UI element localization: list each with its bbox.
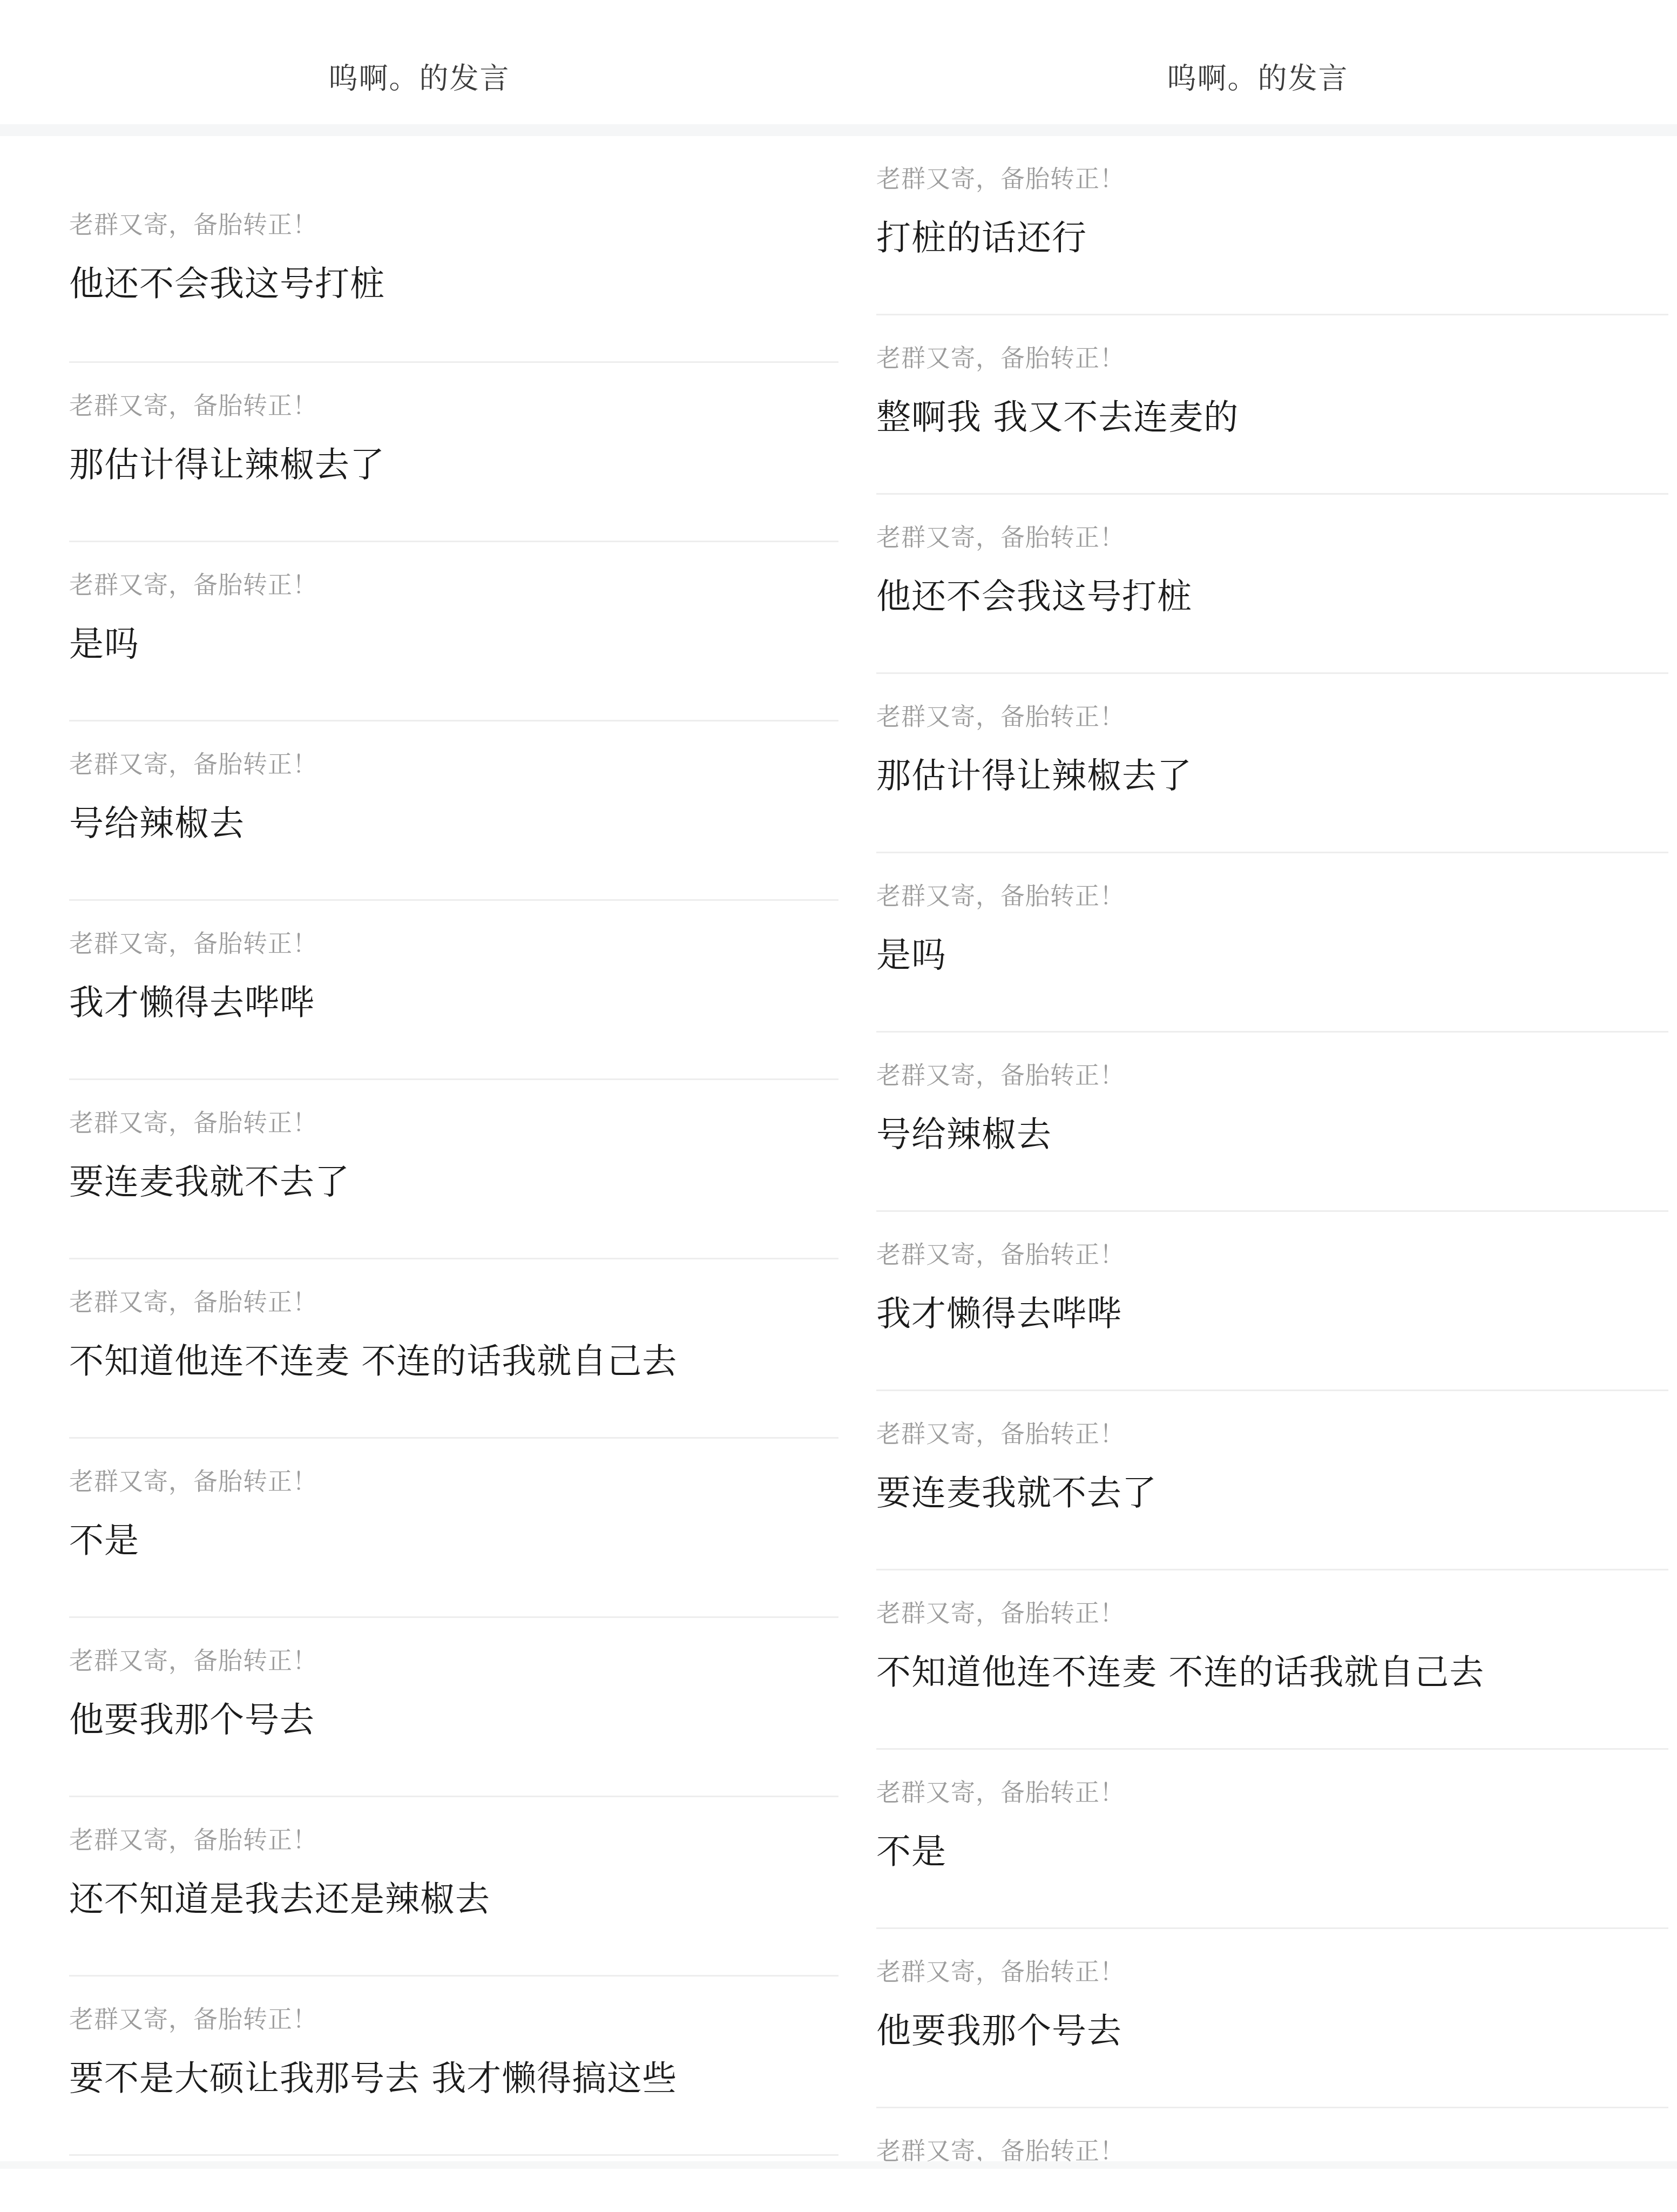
message-block: 老群又寄，备胎转正！ 不知道他连不连麦 不连的话我就自己去 [876,1570,1668,1750]
sender-label: 老群又寄，备胎转正！ [69,1827,838,1854]
message-block: 老群又寄，备胎转正！ [876,2108,1668,2212]
sender-label: 老群又寄，备胎转正！ [69,1110,838,1137]
message-text: 是吗 [876,936,1668,975]
message-text: 不知道他连不连麦 不连的话我就自己去 [69,1342,838,1381]
sender-label: 老群又寄，备胎转正！ [876,1959,1668,1986]
sender-label: 老群又寄，备胎转正！ [876,883,1668,910]
sender-label: 老群又寄，备胎转正！ [876,1779,1668,1806]
message-text: 要连麦我就不去了 [69,1163,838,1202]
message-text: 那估计得让辣椒去了 [876,757,1668,795]
message-text: 号给辣椒去 [69,804,838,843]
sender-label: 老群又寄，备胎转正！ [69,1289,838,1316]
message-text: 要不是大硕让我那号去 我才懒得搞这些 [69,2059,838,2098]
header-divider [838,124,1677,136]
message-text: 不是 [876,1832,1668,1871]
message-text: 我才懒得去哔哔 [876,1294,1668,1333]
message-text: 那估计得让辣椒去了 [69,446,838,484]
message-text: 整啊我 我又不去连麦的 [876,398,1668,437]
message-text: 号给辣椒去 [876,1115,1668,1154]
sender-label: 老群又寄，备胎转正！ [876,524,1668,551]
message-text: 不知道他连不连麦 不连的话我就自己去 [876,1653,1668,1692]
message-text: 还不知道是我去还是辣椒去 [69,1880,838,1919]
sender-label: 老群又寄，备胎转正！ [69,1648,838,1675]
sender-label: 老群又寄，备胎转正！ [69,751,838,778]
sender-label: 老群又寄，备胎转正！ [69,572,838,599]
message-block: 老群又寄，备胎转正！ 他要我那个号去 [69,1618,838,1797]
message-block: 老群又寄，备胎转正！ 要连麦我就不去了 [876,1391,1668,1570]
sender-label: 老群又寄，备胎转正！ [69,2006,838,2033]
message-text: 不是 [69,1521,838,1560]
message-block: 老群又寄，备胎转正！ 是吗 [69,542,838,721]
message-list: 老群又寄，备胎转正！ 打桩的话还行 老群又寄，备胎转正！ 整啊我 我又不去连麦的… [838,136,1677,2212]
message-text: 他还不会我这号打桩 [69,265,838,304]
message-block: 老群又寄，备胎转正！ 号给辣椒去 [876,1033,1668,1212]
sender-label: 老群又寄，备胎转正！ [69,1468,838,1495]
message-block: 老群又寄，备胎转正！ 不是 [69,1439,838,1618]
message-block: 老群又寄，备胎转正！ 我才懒得去哔哔 [876,1212,1668,1391]
sender-label: 老群又寄，备胎转正！ [876,1062,1668,1089]
sender-label: 老群又寄，备胎转正！ [69,212,838,239]
message-block: 老群又寄，备胎转正！ 不知道他连不连麦 不连的话我就自己去 [69,1259,838,1439]
message-block: 老群又寄，备胎转正！ 那估计得让辣椒去了 [876,674,1668,853]
message-block: 老群又寄，备胎转正！ 他还不会我这号打桩 [69,136,838,363]
chat-column-left: 呜啊。的发言 老群又寄，备胎转正！ 他还不会我这号打桩 老群又寄，备胎转正！ 那… [0,0,838,2212]
message-text: 他还不会我这号打桩 [876,577,1668,616]
sender-label: 老群又寄，备胎转正！ [876,704,1668,731]
message-block: 老群又寄，备胎转正！ 是吗 [876,853,1668,1033]
sender-label: 老群又寄，备胎转正！ [876,1421,1668,1448]
message-block: 老群又寄，备胎转正！ 整啊我 我又不去连麦的 [876,315,1668,495]
message-block: 老群又寄，备胎转正！ 我才懒得去哔哔 [69,901,838,1080]
sender-label: 老群又寄，备胎转正！ [876,345,1668,372]
chat-column-right: 呜啊。的发言 老群又寄，备胎转正！ 打桩的话还行 老群又寄，备胎转正！ 整啊我 … [838,0,1677,2212]
message-text: 要连麦我就不去了 [876,1474,1668,1513]
message-text: 他要我那个号去 [876,2012,1668,2051]
sender-label: 老群又寄，备胎转正！ [69,930,838,957]
sender-label: 老群又寄，备胎转正！ [69,393,838,420]
bottom-divider [0,2161,1677,2169]
message-block: 老群又寄，备胎转正！ 还不知道是我去还是辣椒去 [69,1797,838,1977]
message-block: 老群又寄，备胎转正！ 他还不会我这号打桩 [876,495,1668,674]
header-divider [0,124,838,136]
message-block: 老群又寄，备胎转正！ 号给辣椒去 [69,721,838,901]
sender-label: 老群又寄，备胎转正！ [876,1600,1668,1627]
message-text: 是吗 [69,625,838,664]
message-text: 打桩的话还行 [876,219,1668,258]
message-text: 我才懒得去哔哔 [69,983,838,1022]
sender-label: 老群又寄，备胎转正！ [876,166,1668,193]
message-block: 老群又寄，备胎转正！ 要连麦我就不去了 [69,1080,838,1259]
chat-transcript-canvas: 呜啊。的发言 老群又寄，备胎转正！ 他还不会我这号打桩 老群又寄，备胎转正！ 那… [0,0,1677,2212]
message-block: 老群又寄，备胎转正！ 那估计得让辣椒去了 [69,363,838,542]
message-list: 老群又寄，备胎转正！ 他还不会我这号打桩 老群又寄，备胎转正！ 那估计得让辣椒去… [0,136,838,2156]
message-block: 老群又寄，备胎转正！ 要不是大硕让我那号去 我才懒得搞这些 [69,1977,838,2156]
message-block: 老群又寄，备胎转正！ 不是 [876,1750,1668,1929]
column-header: 呜啊。的发言 [0,0,838,124]
message-block: 老群又寄，备胎转正！ 他要我那个号去 [876,1929,1668,2108]
sender-label: 老群又寄，备胎转正！ [876,1242,1668,1269]
column-header: 呜啊。的发言 [838,0,1677,124]
message-text: 他要我那个号去 [69,1701,838,1739]
message-block: 老群又寄，备胎转正！ 打桩的话还行 [876,136,1668,315]
